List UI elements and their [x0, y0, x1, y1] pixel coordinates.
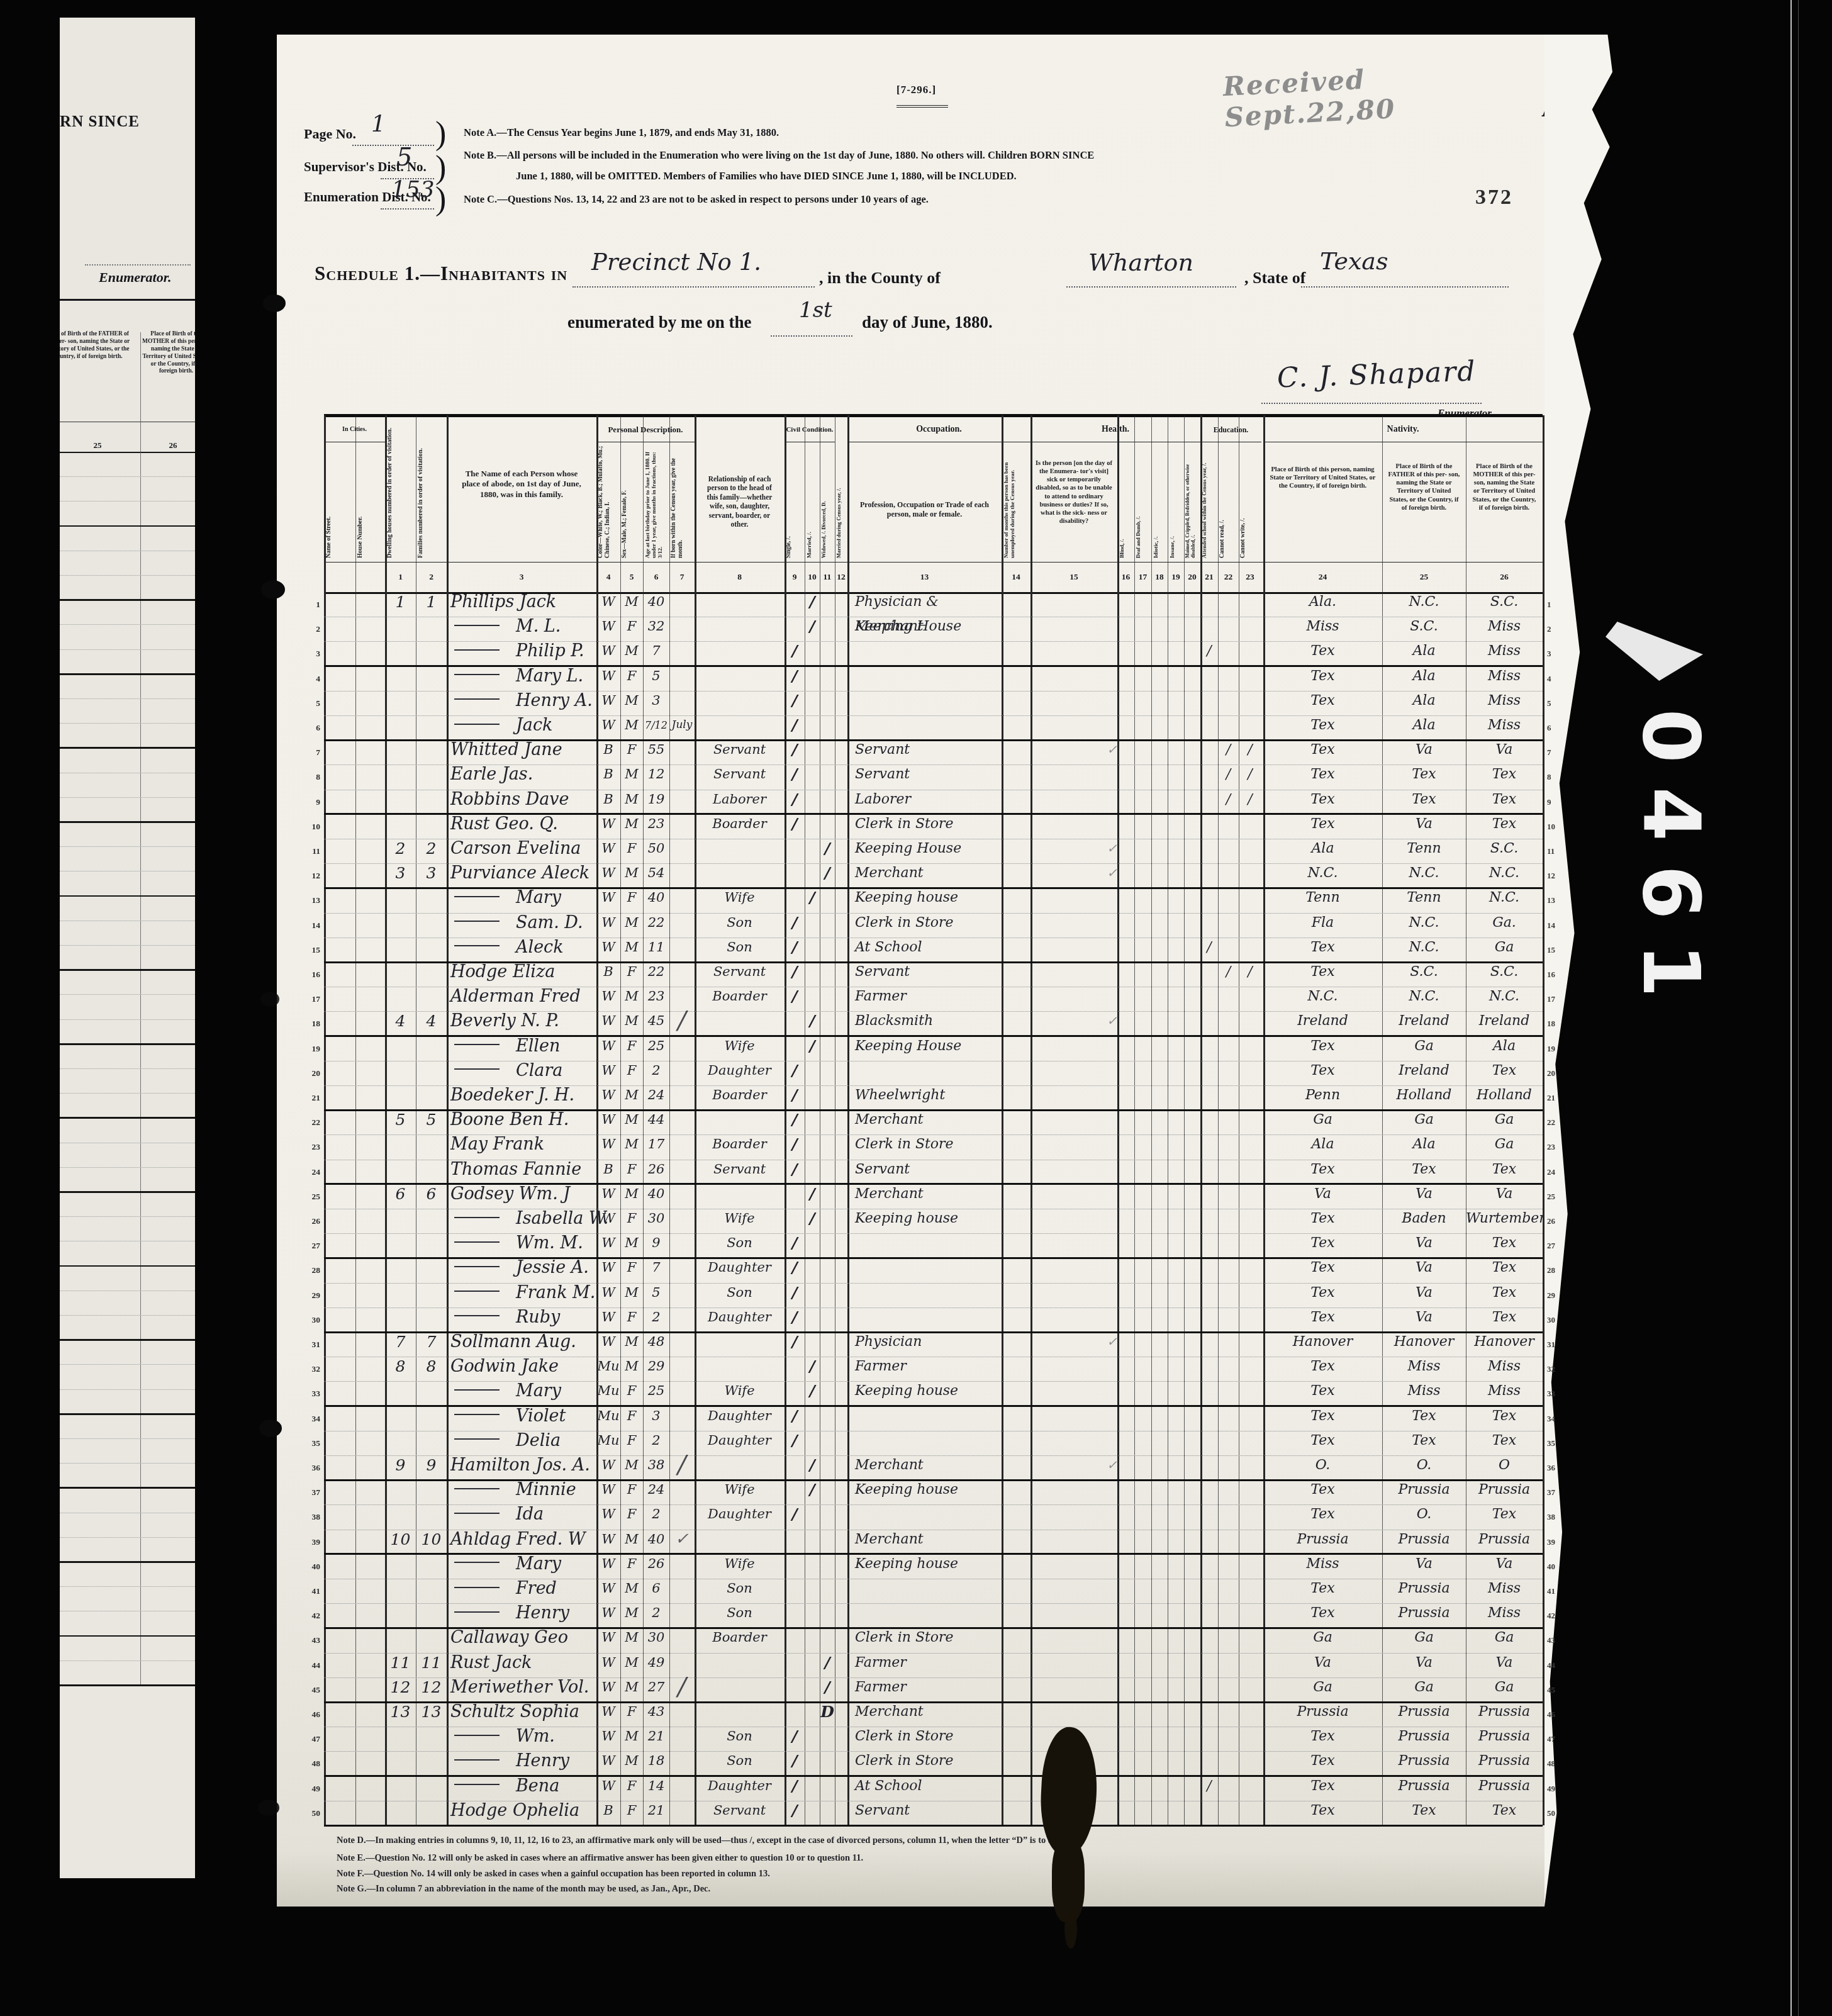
strip-row-rule [60, 1513, 195, 1513]
left-margin-number: 46 [303, 1702, 320, 1727]
cell-age: 6 [643, 1576, 669, 1601]
cell-bpm: Va [1466, 1182, 1543, 1206]
cell-bpf: Tenn [1382, 836, 1466, 861]
cell-color: W [596, 1009, 620, 1033]
cell-sex: F [620, 1305, 643, 1330]
civil-condition-mark: / [785, 1428, 805, 1453]
cell-bpf: Prussia [1382, 1601, 1466, 1625]
brace-3: ) [435, 181, 446, 218]
cell-bpm: Ga. [1466, 910, 1543, 935]
cell-bpm: Tex [1466, 762, 1543, 787]
person-name: Mary L. [516, 666, 583, 686]
civil-condition-mark: / [785, 1305, 805, 1330]
cell-name: Mary L. [450, 664, 595, 688]
cell-bp: Tex [1263, 1157, 1382, 1182]
person-name: Hodge Ophelia [450, 1801, 579, 1820]
cell-bpf: Ala [1382, 688, 1466, 713]
cell-name: May Frank [450, 1132, 595, 1156]
cell-rel: Daughter [695, 1502, 785, 1526]
census-page: [7-296.] Received Sept.22,80 A. 372 Page… [277, 35, 1544, 1907]
cell-name: Jessie A. [450, 1255, 595, 1280]
strip-row-rule [60, 1291, 195, 1291]
cell-fam: 7 [416, 1330, 447, 1354]
cell-rel: Wife [695, 1477, 785, 1502]
person-name: Alderman Fred [450, 987, 581, 1006]
cell-name: Henry A. [450, 688, 595, 713]
strip-row-rule-heavy [60, 895, 195, 897]
cell-dw: 10 [385, 1527, 416, 1552]
left-margin-number: 42 [303, 1603, 320, 1628]
cell-sex: F [620, 1404, 643, 1428]
left-margin-number: 4 [303, 666, 320, 691]
cell-bpf: Tex [1382, 1404, 1466, 1428]
table-vline [447, 415, 449, 1825]
film-scratch [1790, 0, 1792, 2016]
cell-name: Mary [450, 885, 595, 910]
civil-condition-mark: / [820, 836, 835, 861]
cell-name: Violet [450, 1404, 595, 1428]
cell-bpm: Hanover [1466, 1330, 1543, 1354]
cell-fam: 1 [416, 590, 447, 614]
cell-bpf: Tex [1382, 1428, 1466, 1453]
column-header-sex: Sex—Male, M.; Female, F. [622, 444, 642, 558]
column-header-bp: Place of Birth of this person, naming St… [1270, 466, 1377, 490]
left-margin-number: 29 [303, 1283, 320, 1308]
cell-color: W [596, 1058, 620, 1083]
cell-rel: Daughter [695, 1058, 785, 1083]
cell-age: 27 [643, 1675, 669, 1700]
cell-bpm: S.C. [1466, 590, 1543, 614]
civil-condition-mark: / [785, 1083, 805, 1107]
cell-rel: Laborer [695, 787, 785, 812]
cell-name: Beverly N. P. [450, 1009, 595, 1033]
cell-bpm: Va [1466, 1650, 1543, 1675]
cell-bpf: Tex [1382, 762, 1466, 787]
cell-sex: F [620, 614, 643, 639]
civil-condition-mark: / [820, 1650, 835, 1675]
cell-color: Mu [596, 1379, 620, 1403]
column-number-deaf: 17 [1134, 562, 1151, 592]
civil-condition-mark: / [785, 787, 805, 812]
note-g: Note G.—In column 7 an abbreviation in t… [337, 1884, 710, 1895]
person-name: Carson Evelina [450, 839, 581, 858]
table-vline [1117, 415, 1119, 1825]
cell-age: 21 [643, 1724, 669, 1749]
binder-post [258, 1800, 279, 1816]
county-label: , in the County of [819, 269, 941, 288]
strip-row-rule [60, 994, 195, 995]
cell-fam: 10 [416, 1527, 447, 1552]
strip-row-rule [60, 1611, 195, 1611]
cell-fam: 4 [416, 1009, 447, 1033]
table-vline [355, 415, 356, 1825]
cell-color: Mu [596, 1354, 620, 1379]
cell-name: Jack [450, 713, 595, 737]
cell-rel: Boarder [695, 984, 785, 1009]
cell-name: M. L. [450, 614, 595, 639]
cell-bp: Tex [1263, 1502, 1382, 1526]
note-b2: June 1, 1880, will be OMITTED. Members o… [516, 170, 1017, 182]
cell-sex: F [620, 1034, 643, 1058]
civil-condition-mark: / [785, 737, 805, 762]
person-name: Mary [516, 888, 561, 907]
person-name: Fred [516, 1579, 557, 1598]
ditto-dash [454, 698, 500, 700]
cell-age: 48 [643, 1330, 669, 1354]
cell-bpm: Miss [1466, 688, 1543, 713]
cell-color: W [596, 885, 620, 910]
cell-rel: Wife [695, 885, 785, 910]
person-name: Godsey Wm. J [450, 1184, 570, 1204]
column-header-ins: Insane, /. [1169, 444, 1183, 558]
cell-sex: M [620, 713, 643, 737]
cell-bp: Tex [1263, 1749, 1382, 1773]
strip-row-rule [60, 773, 195, 773]
cell-name: Clara [450, 1058, 595, 1083]
cell-occ: At School [847, 1774, 1002, 1798]
right-margin-number: 3 [1547, 641, 1568, 666]
cell-bpf: Tex [1382, 787, 1466, 812]
cell-occ: Servant [847, 1157, 1002, 1182]
table-vline [1002, 415, 1003, 1825]
cell-bpm: Ga [1466, 1675, 1543, 1700]
column-number-bpf: 25 [1382, 562, 1466, 592]
cell-color: W [596, 1453, 620, 1477]
cell-age: 43 [643, 1700, 669, 1724]
cell-age: 49 [643, 1650, 669, 1675]
cell-color: B [596, 960, 620, 984]
cell-bp: Tex [1263, 688, 1382, 713]
cell-occ: At School [847, 935, 1002, 960]
right-margin-number: 41 [1547, 1579, 1568, 1603]
cell-bpf: Va [1382, 1305, 1466, 1330]
cell-color: W [596, 688, 620, 713]
cell-color: W [596, 713, 620, 737]
cell-age: 12 [643, 762, 669, 787]
strip-row-rule [60, 624, 195, 625]
cell-color: B [596, 762, 620, 787]
ditto-dash [454, 625, 500, 626]
ditto-dash [454, 1068, 500, 1070]
cell-dw: 5 [385, 1107, 416, 1132]
person-name: Beverly N. P. [450, 1011, 559, 1031]
page-no-value: 1 [371, 111, 386, 137]
county-value: Wharton [1088, 249, 1193, 276]
cell-name: Ruby [450, 1305, 595, 1330]
cell-age: 2 [643, 1502, 669, 1526]
cell-bp: N.C. [1263, 861, 1382, 885]
civil-condition-mark: / [805, 1206, 820, 1231]
cell-sex: M [620, 688, 643, 713]
cell-name: Purviance Aleck [450, 861, 595, 885]
cell-bp: Tex [1263, 1428, 1382, 1453]
page-no-dots [352, 145, 434, 146]
cell-name: Isabella W. [450, 1206, 595, 1231]
cell-rel: Son [695, 1724, 785, 1749]
left-margin-number: 38 [303, 1504, 320, 1529]
table-vline [1239, 415, 1239, 1825]
cell-bpm: Miss [1466, 1576, 1543, 1601]
civil-condition-mark: / [785, 1774, 805, 1798]
column-header-month: If born within the Census year, give the… [671, 444, 693, 558]
cell-sex: M [620, 1083, 643, 1107]
cell-age: 32 [643, 614, 669, 639]
ditto-dash [454, 1488, 500, 1489]
cell-name: Wm. M. [450, 1231, 595, 1255]
table-vline [1218, 415, 1219, 1825]
cannot-write-mark: / [1239, 762, 1261, 787]
cell-sex: M [620, 590, 643, 614]
strip-row-rule [60, 1537, 195, 1538]
right-margin-number: 42 [1547, 1603, 1568, 1628]
cell-age: 50 [643, 836, 669, 861]
strip-row-rule [60, 846, 195, 847]
cell-occ: Wheelwright [847, 1083, 1002, 1107]
cell-bpf: Va [1382, 1280, 1466, 1305]
cell-bpf: O. [1382, 1453, 1466, 1477]
civil-condition-mark: / [785, 984, 805, 1009]
civil-condition-mark: / [785, 1255, 805, 1280]
cell-color: W [596, 1132, 620, 1156]
civil-condition-mark: / [785, 812, 805, 836]
cell-color: W [596, 1305, 620, 1330]
ditto-dash [454, 1735, 500, 1736]
cell-bpf: Va [1382, 737, 1466, 762]
cell-occ: Farmer [847, 1675, 1002, 1700]
cell-rel: Daughter [695, 1428, 785, 1453]
cell-name: Frank M. [450, 1280, 595, 1305]
cell-bp: N.C. [1263, 984, 1382, 1009]
strip-row-rule [60, 1241, 195, 1241]
cell-occ: Servant [847, 960, 1002, 984]
strip-row-rule-heavy [60, 1561, 195, 1563]
cell-name: Hodge Ophelia [450, 1798, 595, 1823]
person-name: Wm. M. [516, 1233, 583, 1253]
right-margin-number: 34 [1547, 1406, 1568, 1431]
left-margin-number: 30 [303, 1308, 320, 1332]
ditto-dash [454, 945, 500, 946]
cell-bp: Tex [1263, 639, 1382, 663]
cell-color: W [596, 861, 620, 885]
person-name: Isabella W. [516, 1209, 608, 1228]
cell-color: W [596, 1182, 620, 1206]
strip-row-rule [60, 921, 195, 921]
cell-bp: Tex [1263, 713, 1382, 737]
person-name: Meriwether Vol. [450, 1677, 589, 1697]
cell-bpm: Holland [1466, 1083, 1543, 1107]
left-margin-number: 11 [303, 839, 320, 863]
cell-bpf: Tex [1382, 1157, 1466, 1182]
cell-bpf: N.C. [1382, 910, 1466, 935]
form-code: [7-296.] [896, 84, 936, 96]
right-margin-number: 4 [1547, 666, 1568, 691]
civil-condition-mark: / [785, 664, 805, 688]
person-name: Frank M. [516, 1283, 595, 1302]
column-header-bpm: Place of Birth of the MOTHER of this per… [1470, 462, 1538, 512]
health-mark: ✓ [1030, 1453, 1121, 1477]
person-name: Boone Ben H. [450, 1110, 569, 1129]
cell-name: Alderman Fred [450, 984, 595, 1009]
column-header-school: Attended school within the Census year, … [1202, 444, 1217, 558]
civil-condition-mark: / [785, 935, 805, 960]
strip-row-rule [60, 1068, 195, 1069]
cell-bp: Ala [1263, 836, 1382, 861]
right-margin-number: 2 [1547, 617, 1568, 641]
cell-color: W [596, 836, 620, 861]
ditto-dash [454, 1784, 500, 1785]
cell-bpm: Ga [1466, 1625, 1543, 1650]
person-name: Rust Geo. Q. [450, 814, 558, 834]
ditto-dash [454, 674, 500, 675]
right-margin-number: 23 [1547, 1134, 1568, 1159]
strip-row-rule-heavy [60, 1487, 195, 1489]
column-number-color: 4 [596, 562, 620, 592]
cell-bpm: Ga [1466, 1107, 1543, 1132]
strip-row-rule [60, 698, 195, 699]
attended-school-mark: / [1200, 935, 1218, 960]
civil-condition-mark: / [805, 1477, 820, 1502]
cell-fam: 11 [416, 1650, 447, 1675]
ditto-dash [454, 724, 500, 725]
binder-post [263, 294, 286, 312]
cell-bp: Tex [1263, 1798, 1382, 1823]
cannot-read-mark: / [1218, 960, 1239, 984]
cell-bpm: Ireland [1466, 1009, 1543, 1033]
left-margin-number: 8 [303, 764, 320, 789]
cell-bp: Tex [1263, 1774, 1382, 1798]
cell-bp: Tex [1263, 935, 1382, 960]
cell-age: 23 [643, 984, 669, 1009]
cell-bpm: Miss [1466, 1379, 1543, 1403]
column-header-sick: Is the person [on the day of the Enumera… [1036, 459, 1112, 525]
cell-fam: 5 [416, 1107, 447, 1132]
left-margin-number: 36 [303, 1455, 320, 1480]
strip-row-rule [60, 575, 195, 576]
person-name: Boedeker J. H. [450, 1085, 574, 1105]
state-label: , State of [1244, 269, 1305, 288]
stray-mark: / [669, 1453, 695, 1477]
cell-occ: Keeping House [847, 1034, 1002, 1058]
cell-dw: 9 [385, 1453, 416, 1477]
cell-occ: Clerk in Store [847, 812, 1002, 836]
cell-bpm: Ala [1466, 1034, 1543, 1058]
cell-bpf: Ala [1382, 713, 1466, 737]
cell-sex: M [620, 935, 643, 960]
civil-condition-mark: / [785, 1502, 805, 1526]
cell-bpf: Miss [1382, 1354, 1466, 1379]
strip-row-rule-heavy [60, 747, 195, 749]
cell-color: Mu [596, 1404, 620, 1428]
left-margin-number: 17 [303, 987, 320, 1011]
cell-bp: Tex [1263, 787, 1382, 812]
cell-rel: Daughter [695, 1305, 785, 1330]
cell-name: Hodge Eliza [450, 960, 595, 984]
person-name: Wm. [516, 1727, 555, 1746]
cell-bpf: S.C. [1382, 960, 1466, 984]
cell-age: 5 [643, 1280, 669, 1305]
right-margin-number: 7 [1547, 740, 1568, 764]
cell-bpf: Va [1382, 1255, 1466, 1280]
cell-bpm: Tex [1466, 812, 1543, 836]
right-margin-number: 43 [1547, 1628, 1568, 1652]
cell-sex: M [620, 812, 643, 836]
cell-occ: Keeping house [847, 1206, 1002, 1231]
left-margin-number: 39 [303, 1530, 320, 1554]
strip-row-rule [60, 1093, 195, 1094]
cell-bp: Tex [1263, 1305, 1382, 1330]
cell-sex: M [620, 639, 643, 663]
right-margin-number: 26 [1547, 1209, 1568, 1233]
civil-condition-mark: / [785, 1724, 805, 1749]
cell-bp: Penn [1263, 1083, 1382, 1107]
left-margin-number: 3 [303, 641, 320, 666]
cell-sex: F [620, 1552, 643, 1576]
ditto-dash [454, 1044, 500, 1045]
person-name: May Frank [450, 1134, 544, 1154]
right-margin-number: 32 [1547, 1357, 1568, 1381]
civil-condition-mark: D [820, 1700, 835, 1724]
civil-condition-mark: / [785, 1404, 805, 1428]
strip-row-rule-heavy [60, 525, 195, 527]
person-name: Ruby [516, 1308, 560, 1327]
cell-bpf: Ireland [1382, 1009, 1466, 1033]
right-margin-number: 50 [1547, 1801, 1568, 1825]
cell-name: Rust Geo. Q. [450, 812, 595, 836]
table-vline [835, 415, 835, 1825]
cell-age: 2 [643, 1305, 669, 1330]
cell-sex: M [620, 1330, 643, 1354]
cell-bp: Miss [1263, 1552, 1382, 1576]
strip-row-rule [60, 551, 195, 551]
cell-bp: Tex [1263, 1724, 1382, 1749]
cell-color: W [596, 1700, 620, 1724]
cell-dw: 3 [385, 861, 416, 885]
cell-color: W [596, 1502, 620, 1526]
cell-bpf: Va [1382, 1231, 1466, 1255]
cell-sex: F [620, 1157, 643, 1182]
note-a: Note A.—The Census Year begins June 1, 1… [464, 126, 779, 139]
cell-rel: Son [695, 910, 785, 935]
cell-name: Aleck [450, 935, 595, 960]
cell-sex: F [620, 737, 643, 762]
cell-bpm: Prussia [1466, 1527, 1543, 1552]
column-header-maim: Maimed, Crippled, Bedridden, or otherwis… [1185, 444, 1199, 558]
attended-school-mark: / [1200, 639, 1218, 663]
right-margin-number: 1 [1547, 592, 1568, 617]
cell-occ: Farmer [847, 984, 1002, 1009]
cell-name: Ellen [450, 1034, 595, 1058]
strip-row-rule [60, 476, 195, 477]
civil-condition-mark: / [820, 861, 835, 885]
cell-color: W [596, 1231, 620, 1255]
right-margin-number: 36 [1547, 1455, 1568, 1480]
cell-bpf: Va [1382, 1552, 1466, 1576]
cell-occ: Clerk in Store [847, 1132, 1002, 1156]
cell-occ: Keeping house [847, 1477, 1002, 1502]
strip-rule [60, 299, 195, 301]
cell-bpf: N.C. [1382, 935, 1466, 960]
cell-sex: F [620, 836, 643, 861]
right-margin-number: 35 [1547, 1431, 1568, 1455]
strip-row-rule [60, 1364, 195, 1365]
cell-bp: Ireland [1263, 1009, 1382, 1033]
column-number-bp: 24 [1263, 562, 1382, 592]
column-header-unemp: Number of months this person has been un… [1003, 444, 1029, 558]
left-margin-number: 24 [303, 1160, 320, 1184]
cell-color: W [596, 590, 620, 614]
column-group-label: Personal Description. [596, 418, 695, 442]
cell-age: 44 [643, 1107, 669, 1132]
